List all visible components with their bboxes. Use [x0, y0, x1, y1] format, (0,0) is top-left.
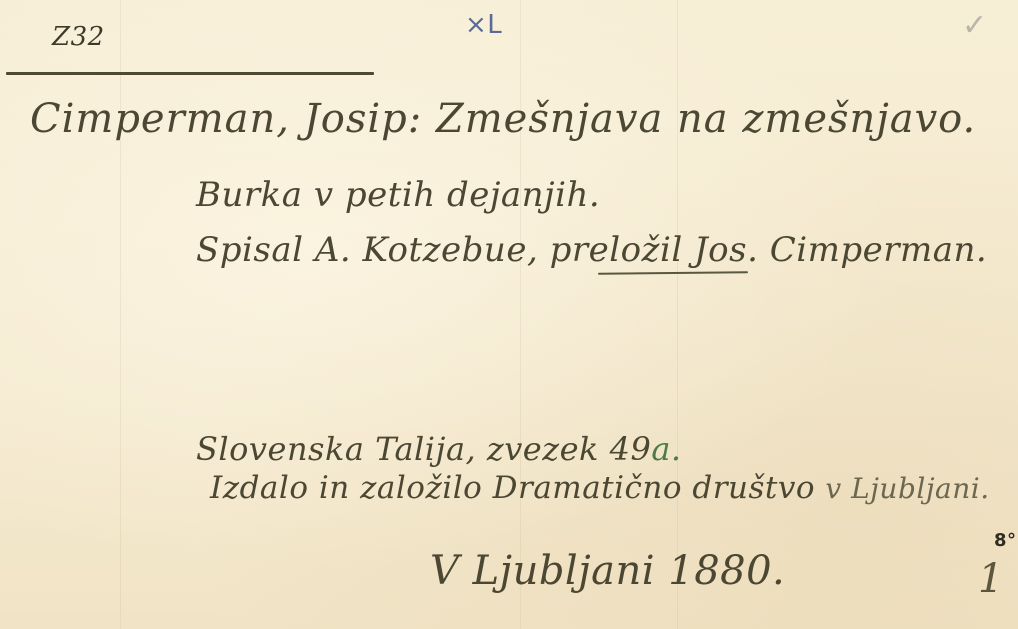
publisher-name: Izdalo in založilo Dramatično društvo: [210, 470, 825, 506]
header-rule: [6, 72, 374, 75]
shelf-mark: Z32: [52, 22, 105, 52]
author-title-line: Cimperman, Josip: Zmešnjava na zmešnjavo…: [30, 96, 976, 142]
subtitle-line: Burka v petih dejanjih.: [196, 175, 600, 215]
check-mark-icon: ✓: [962, 8, 988, 43]
catalog-card: Z32 ×L ✓ Cimperman, Josip: Zmešnjava na …: [0, 0, 1018, 629]
format-mark: 8°: [994, 530, 1017, 551]
credits-line: Spisal A. Kotzebue, preložil Jos. Cimper…: [196, 230, 987, 270]
translator-underline: [598, 271, 748, 275]
imprint-line: V Ljubljani 1880.: [430, 548, 785, 594]
paper-texture-line: [120, 0, 121, 629]
publisher-line: Izdalo in založilo Dramatično društvo v …: [210, 470, 990, 506]
series-line: Slovenska Talija, zvezek 49a.: [196, 430, 682, 468]
series-title: Slovenska Talija, zvezek 49: [196, 430, 651, 468]
series-volume-suffix: a.: [651, 430, 681, 468]
pencil-annotation: ×L: [465, 10, 502, 40]
credits-author: Spisal A. Kotzebue,: [196, 230, 550, 270]
copy-number: 1: [978, 556, 1004, 602]
credits-translator-label: preložil: [550, 230, 683, 270]
publisher-place: v Ljubljani.: [825, 472, 989, 505]
paper-texture-line: [677, 0, 678, 629]
credits-translator-name: Jos. Cimperman.: [683, 230, 987, 270]
paper-texture-line: [520, 0, 521, 629]
